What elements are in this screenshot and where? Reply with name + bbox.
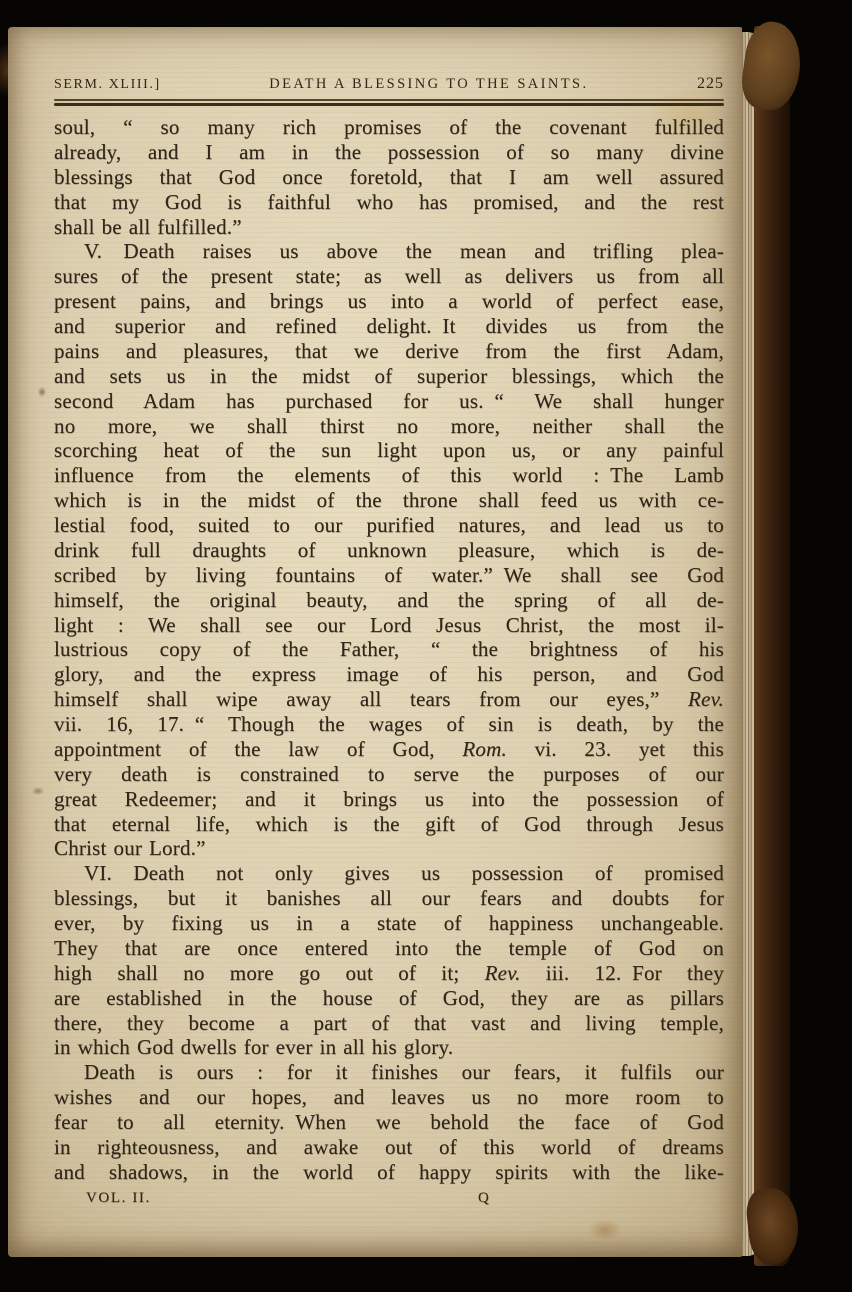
body-text: soul, “ so many rich promises of the cov…	[54, 115, 724, 1185]
paper-stain	[38, 387, 46, 397]
text-line: in which God dwells for ever in all his …	[54, 1035, 724, 1060]
text-line: and superior and refined delight. It div…	[54, 314, 724, 339]
text-line: lustrious copy of the Father, “ the brig…	[54, 637, 724, 662]
text-line: glory, and the express image of his pers…	[54, 662, 724, 687]
signature-mark: Q	[478, 1190, 490, 1207]
text-line: no more, we shall thirst no more, neithe…	[54, 414, 724, 439]
text-line: and shadows, in the world of happy spiri…	[54, 1160, 724, 1185]
text-line: are established in the house of God, the…	[54, 986, 724, 1011]
paper-stain	[588, 1219, 622, 1241]
text-line: in righteousness, and awake out of this …	[54, 1135, 724, 1160]
book-cover-edge	[754, 26, 790, 1266]
text-line: blessings that God once foretold, that I…	[54, 165, 724, 190]
text-line: lestial food, suited to our purified nat…	[54, 513, 724, 538]
sermon-number-label: SERM. XLIII.]	[54, 77, 161, 93]
text-line: that eternal life, which is the gift of …	[54, 812, 724, 837]
rule-thick	[54, 103, 724, 106]
text-line: They that are once entered into the temp…	[54, 936, 724, 961]
page-content: SERM. XLIII.] DEATH A BLESSING TO THE SA…	[54, 75, 724, 1214]
text-line: wishes and our hopes, and leaves us no m…	[54, 1085, 724, 1110]
text-line: Death is ours : for it finishes our fear…	[54, 1060, 724, 1085]
running-title: DEATH A BLESSING TO THE SAINTS.	[269, 76, 588, 93]
text-line: great Redeemer; and it brings us into th…	[54, 787, 724, 812]
rule-thin	[54, 99, 724, 101]
text-line: ever, by fixing us in a state of happine…	[54, 911, 724, 936]
text-line: vii. 16, 17. “ Though the wages of sin i…	[54, 712, 724, 737]
text-line: scorching heat of the sun light upon us,…	[54, 438, 724, 463]
text-line: himself, the original beauty, and the sp…	[54, 588, 724, 613]
text-line: already, and I am in the possession of s…	[54, 140, 724, 165]
book-photo: SERM. XLIII.] DEATH A BLESSING TO THE SA…	[0, 0, 852, 1292]
text-line: high shall no more go out of it; Rev. ii…	[54, 961, 724, 986]
header-double-rule	[54, 99, 724, 106]
volume-label: VOL. II.	[86, 1190, 151, 1207]
paper-stain	[32, 787, 44, 795]
text-line: himself shall wipe away all tears from o…	[54, 687, 724, 712]
page-number: 225	[697, 75, 724, 93]
book-page: SERM. XLIII.] DEATH A BLESSING TO THE SA…	[8, 27, 742, 1257]
text-line: appointment of the law of God, Rom. vi. …	[54, 737, 724, 762]
text-line: V. Death raises us above the mean and tr…	[54, 239, 724, 264]
text-line: drink full draughts of unknown pleasure,…	[54, 538, 724, 563]
text-line: scribed by living fountains of water.” W…	[54, 563, 724, 588]
text-line: Christ our Lord.”	[54, 836, 724, 861]
text-line: there, they become a part of that vast a…	[54, 1011, 724, 1036]
text-line: blessings, but it banishes all our fears…	[54, 886, 724, 911]
text-line: shall be all fulfilled.”	[54, 215, 724, 240]
text-line: soul, “ so many rich promises of the cov…	[54, 115, 724, 140]
text-line: influence from the elements of this worl…	[54, 463, 724, 488]
text-line: and sets us in the midst of superior ble…	[54, 364, 724, 389]
text-line: light : We shall see our Lord Jesus Chri…	[54, 613, 724, 638]
text-line: very death is constrained to serve the p…	[54, 762, 724, 787]
text-line: present pains, and brings us into a worl…	[54, 289, 724, 314]
text-line: fear to all eternity. When we behold the…	[54, 1110, 724, 1135]
text-line: sures of the present state; as well as d…	[54, 264, 724, 289]
text-line: VI. Death not only gives us possession o…	[54, 861, 724, 886]
page-footer: VOL. II. Q	[54, 1190, 724, 1214]
text-line: pains and pleasures, that we derive from…	[54, 339, 724, 364]
running-header: SERM. XLIII.] DEATH A BLESSING TO THE SA…	[54, 75, 724, 93]
text-line: that my God is faithful who has promised…	[54, 190, 724, 215]
text-line: which is in the midst of the throne shal…	[54, 488, 724, 513]
text-line: second Adam has purchased for us. “ We s…	[54, 389, 724, 414]
